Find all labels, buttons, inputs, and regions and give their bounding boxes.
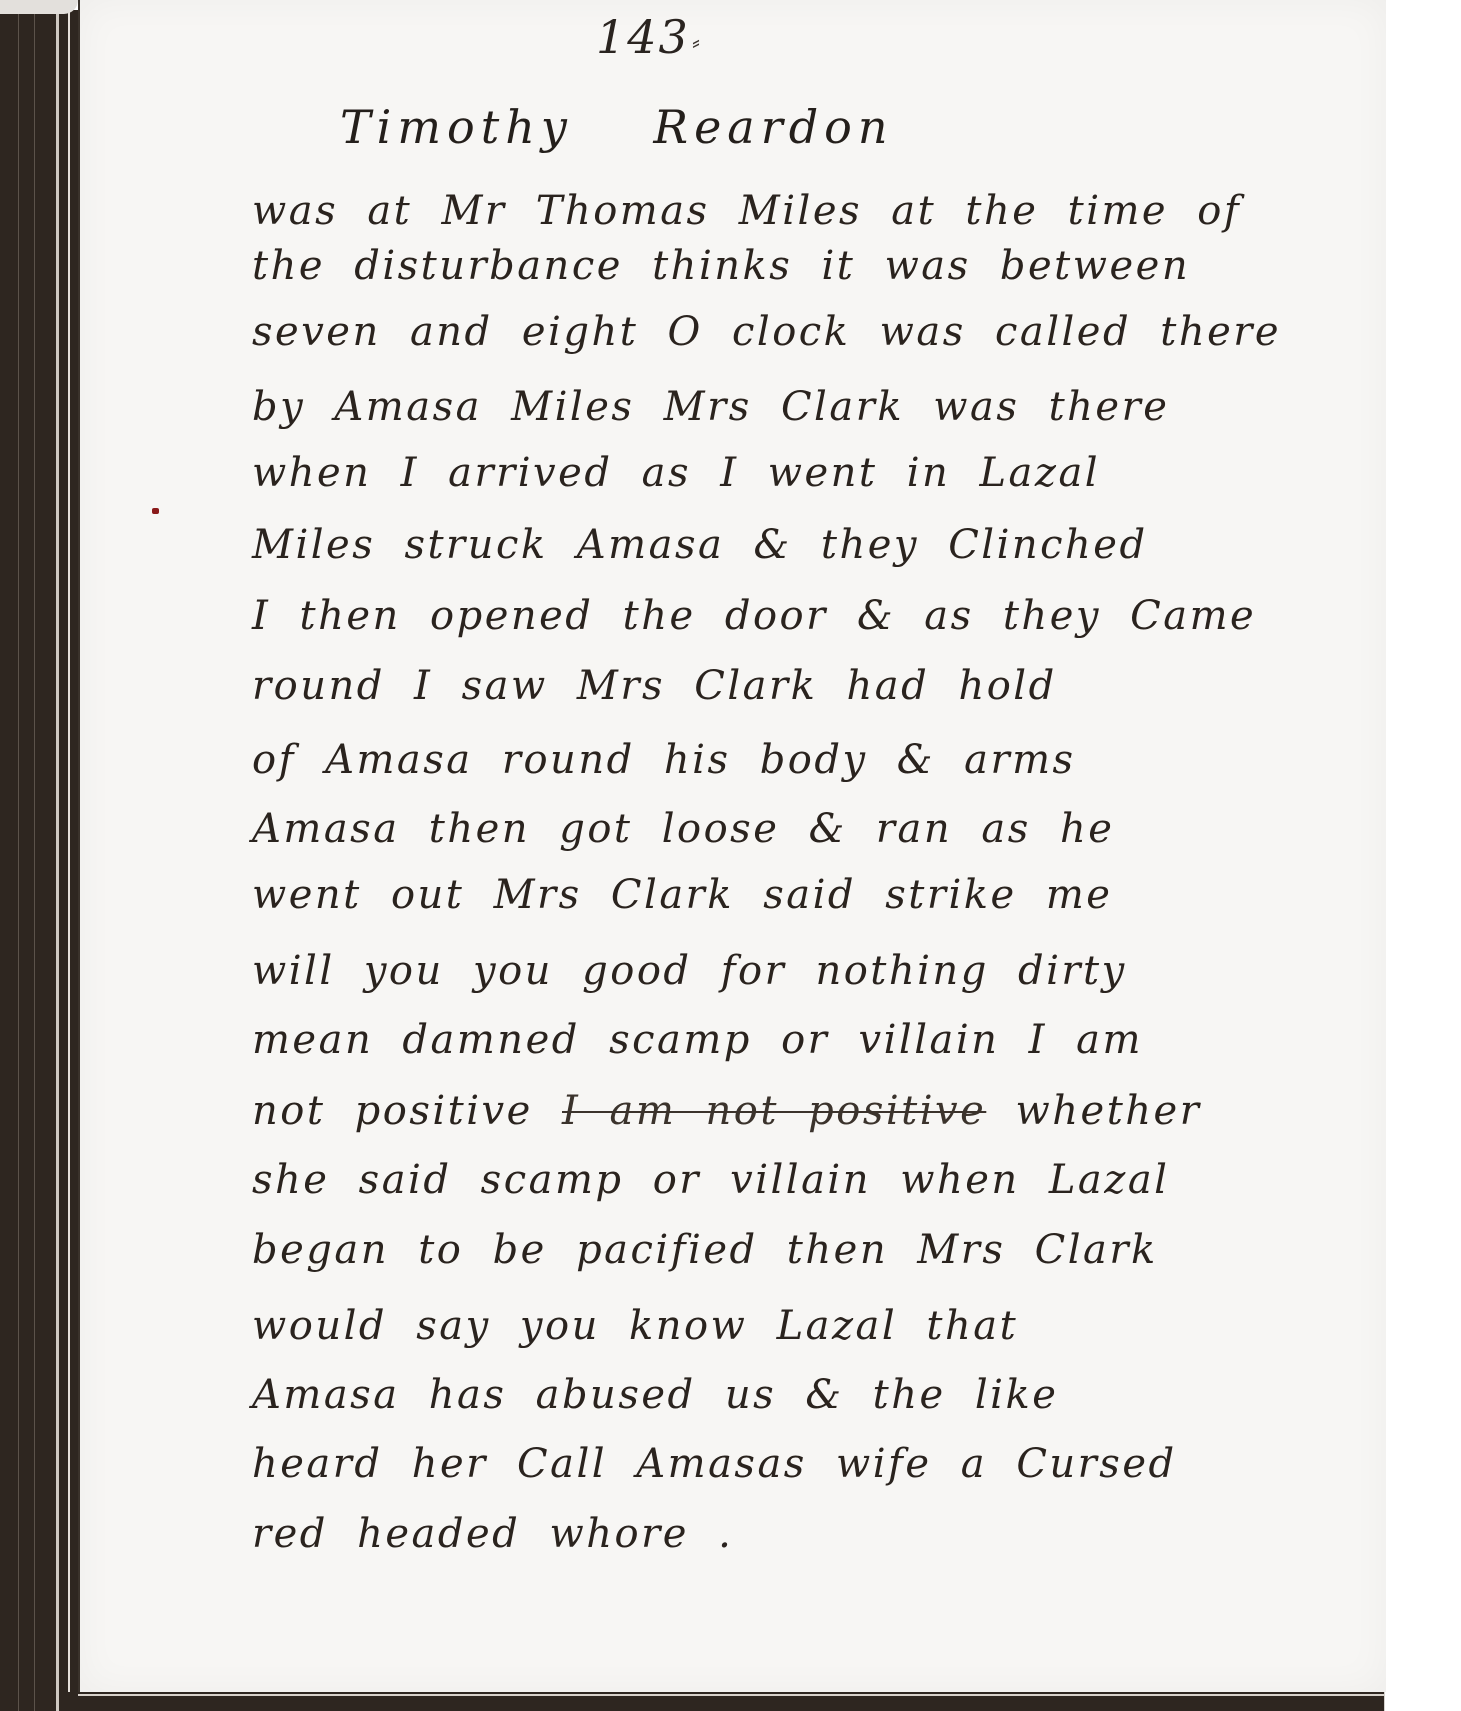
manuscript-line: began to be pacified then Mrs Clark [252,1227,1372,1273]
line-text: not positive [252,1088,533,1134]
manuscript-line: mean damned scamp or villain I am [252,1017,1372,1063]
binding-stripe [68,10,70,1711]
manuscript-line: Amasa then got loose & ran as he [252,806,1372,852]
line-text: whether [1016,1088,1202,1134]
binding-stripe [56,10,59,1711]
red-ink-mark [152,508,159,514]
manuscript-line: Amasa has abused us & the like [252,1372,1372,1418]
manuscript-line: would say you know Lazal that [252,1303,1372,1349]
manuscript-line: the disturbance thinks it was between [252,243,1372,289]
book-binding-spine [0,10,78,1711]
manuscript-line: not positive I am not positive whether [252,1088,1372,1134]
struck-through-text: I am not positive [562,1088,986,1134]
manuscript-line: round I saw Mrs Clark had hold [252,663,1372,709]
binding-top-edge [0,0,78,14]
manuscript-line: heard her Call Amasas wife a Cursed [252,1441,1372,1487]
page-number-annotation: ⸗ [692,28,700,57]
manuscript-line: seven and eight O clock was called there [252,309,1372,355]
page-bottom-line [78,1694,1384,1696]
manuscript-line: Miles struck Amasa & they Clinched [252,522,1372,568]
manuscript-line: she said scamp or villain when Lazal [252,1157,1372,1203]
manuscript-line: will you you good for nothing dirty [252,948,1372,994]
page-number: 143 [596,10,690,64]
scan-background [1384,0,1461,1711]
manuscript-line: I then opened the door & as they Came [252,593,1372,639]
deponent-name-heading: Timothy Reardon [340,100,893,154]
binding-stripe [34,10,35,1711]
manuscript-line: red headed whore . [252,1511,1372,1557]
manuscript-line: when I arrived as I went in Lazal [252,450,1372,496]
manuscript-line: by Amasa Miles Mrs Clark was there [252,384,1372,430]
binding-stripe [18,10,19,1711]
manuscript-line: of Amasa round his body & arms [252,737,1372,783]
manuscript-line: was at Mr Thomas Miles at the time of [252,188,1372,234]
manuscript-line: went out Mrs Clark said strike me [252,872,1372,918]
